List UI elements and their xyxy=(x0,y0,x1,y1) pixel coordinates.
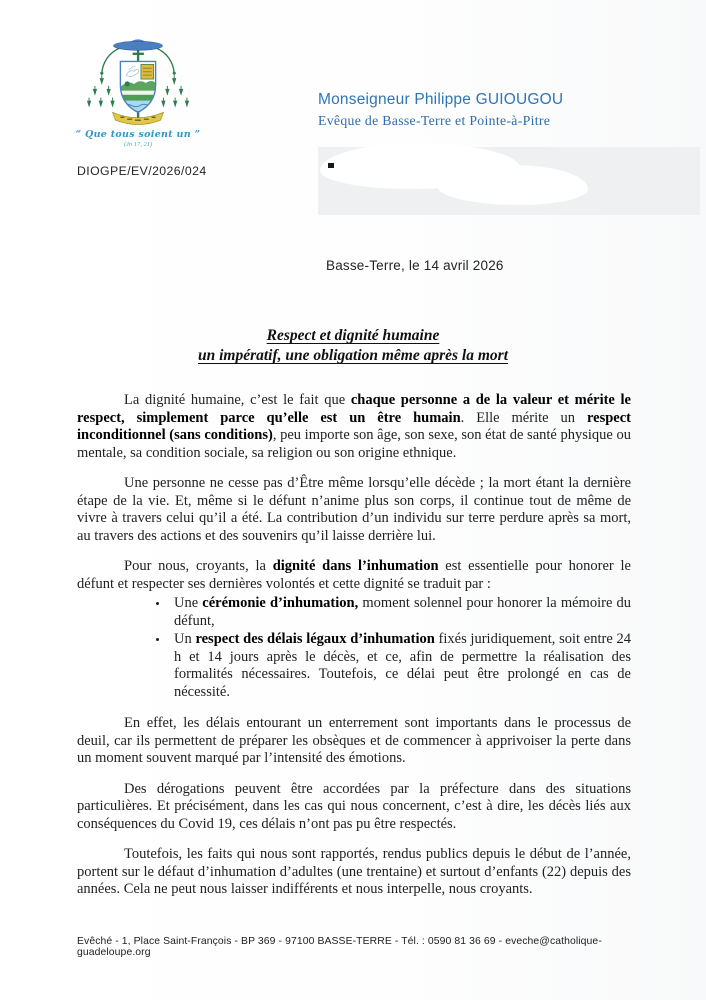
paragraph: Toutefois, les faits qui nous sont rappo… xyxy=(77,846,631,899)
letter-page: “ Que tous soient un ” (Jn 17, 21) Monse… xyxy=(0,0,706,1000)
paragraph: La dignité humaine, c’est le fait que ch… xyxy=(77,392,631,462)
reference-number: DIOGPE/EV/2026/024 xyxy=(77,164,207,178)
paragraph: Une personne ne cesse pas d’Être même lo… xyxy=(77,475,631,545)
bullet-item: Une cérémonie d’inhumation, moment solen… xyxy=(169,595,631,630)
scan-artifact xyxy=(318,147,700,215)
coat-of-arms-icon xyxy=(85,36,191,128)
sender-title: Evêque de Basse-Terre et Pointe-à-Pitre xyxy=(318,113,563,129)
bullet-item: Un respect des délais légaux d’inhumatio… xyxy=(169,631,631,701)
crest-motto: “ Que tous soient un ” xyxy=(72,129,204,140)
title-line-1: Respect et dignité humaine xyxy=(267,326,440,346)
page-title: Respect et dignité humaine un impératif,… xyxy=(0,326,706,366)
crest-motto-reference: (Jn 17, 21) xyxy=(72,141,204,148)
ink-mark xyxy=(328,163,334,168)
paragraph: En effet, les délais entourant un enterr… xyxy=(77,715,631,768)
bullet-list: Une cérémonie d’inhumation, moment solen… xyxy=(77,595,631,701)
sender-name: Monseigneur Philippe GUIOUGOU xyxy=(318,91,563,109)
dateline: Basse-Terre, le 14 avril 2026 xyxy=(326,258,504,273)
whiteout-blob xyxy=(438,165,588,205)
paragraph: Des dérogations peuvent être accordées p… xyxy=(77,781,631,834)
paragraph: Pour nous, croyants, la dignité dans l’i… xyxy=(77,558,631,593)
letter-body: La dignité humaine, c’est le fait que ch… xyxy=(77,392,631,912)
title-line-2: un impératif, une obligation même après … xyxy=(198,346,508,366)
footer-text: Evêché - 1, Place Saint-François - BP 36… xyxy=(77,936,637,958)
sender-block: Monseigneur Philippe GUIOUGOU Evêque de … xyxy=(318,91,563,129)
diocese-crest: “ Que tous soient un ” (Jn 17, 21) xyxy=(72,36,204,148)
